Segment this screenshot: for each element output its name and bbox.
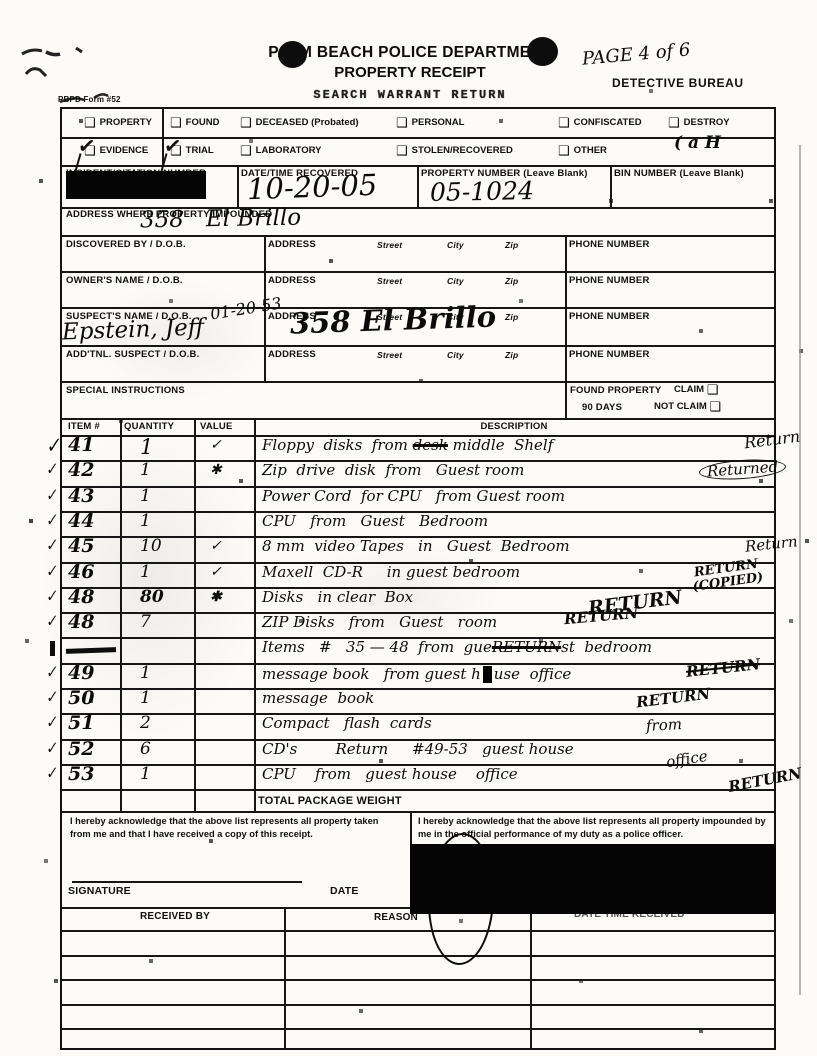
item-quantity: 1 xyxy=(140,488,151,505)
item-description: Power Cord for CPU from Guest room xyxy=(262,489,565,504)
redaction-box xyxy=(410,844,776,914)
other-checkbox: ❑OTHER xyxy=(558,145,607,158)
item-value-mark: ✓ xyxy=(210,539,222,553)
item-description: CPU from Guest Bedroom xyxy=(262,514,488,529)
total-package-weight-label: TOTAL PACKAGE WEIGHT xyxy=(258,795,402,807)
pen-checkmark-icon: ✓ xyxy=(44,461,59,478)
form-number: PBPD Form #52 xyxy=(58,95,121,104)
item-description: 8 mm video Tapes in Guest Bedroom xyxy=(262,539,570,554)
found-property-days: 90 DAYS xyxy=(582,402,622,413)
zip-label: Zip xyxy=(505,276,518,286)
item-row: ✓ 48 7 ZIP Disks from Guest room RETURN xyxy=(62,612,774,637)
item-description: ZIP Disks from Guest room xyxy=(262,615,497,630)
checkbox-icon: ❑ xyxy=(396,116,408,131)
city-label: City xyxy=(447,350,464,360)
item-description: CPU from guest house office xyxy=(262,767,518,782)
item-value-mark: ✱ xyxy=(210,590,222,604)
pen-mark xyxy=(50,641,55,656)
value-col-header: VALUE xyxy=(200,421,233,432)
item-description: Zip drive disk from Guest room xyxy=(262,463,524,478)
pen-checkmark-icon: ✓ xyxy=(44,588,59,605)
pen-checkmark-icon: ✓ xyxy=(44,487,59,504)
item-number: 45 xyxy=(68,537,94,556)
item-description: Compact flash cards xyxy=(262,716,432,731)
item-value-mark: ✓ xyxy=(210,565,222,579)
checkbox-icon: ❑ xyxy=(668,116,680,131)
special-instructions-label: SPECIAL INSTRUCTIONS xyxy=(66,385,185,396)
item-number: 41 xyxy=(68,436,94,455)
address-label: ADDRESS xyxy=(268,275,316,286)
phone-number-label: PHONE NUMBER xyxy=(569,239,650,250)
bin-number-label: BIN NUMBER (Leave Blank) xyxy=(614,168,744,179)
personal-checkbox: ❑PERSONAL xyxy=(396,117,464,130)
item-value-mark: ✱ xyxy=(210,463,222,477)
zip-label: Zip xyxy=(505,312,518,322)
item-row: ✓ 51 2 Compact flash cards from xyxy=(62,713,774,738)
return-note: RETURN xyxy=(635,687,711,711)
street-label: Street xyxy=(377,276,402,286)
pen-checkmark-icon: ✓ xyxy=(43,436,63,458)
address-label: ADDRESS xyxy=(268,349,316,360)
checkbox-icon: ❑ xyxy=(170,116,182,131)
item-number: 43 xyxy=(68,487,94,506)
item-description: Disks in clear Box xyxy=(262,590,413,605)
item-number: 44 xyxy=(68,512,94,531)
checkbox-icon: ❑ xyxy=(240,116,252,131)
destroy-checkbox: ❑DESTROY xyxy=(668,117,730,130)
item-quantity: 1 xyxy=(140,665,151,682)
found-checkbox: ❑FOUND xyxy=(170,117,219,130)
found-property-label: FOUND PROPERTY xyxy=(570,385,661,396)
acknowledgment-left-text: I hereby acknowledge that the above list… xyxy=(70,815,398,841)
pen-checkmark-icon: ✓ xyxy=(44,512,59,529)
date-label: DATE xyxy=(330,885,359,897)
received-by-label: RECEIVED BY xyxy=(140,911,210,922)
checkbox-icon: ❑ xyxy=(396,144,408,159)
checkbox-icon: ❑ xyxy=(709,400,721,415)
item-col-header: ITEM # xyxy=(68,421,100,432)
checkbox-icon: ❑ xyxy=(84,116,96,131)
item-quantity: 1 xyxy=(140,564,151,581)
signature-label: SIGNATURE xyxy=(68,885,131,897)
item-quantity: 1 xyxy=(140,513,151,530)
pen-checkmark-icon: ✓ xyxy=(44,537,59,554)
item-number: 49 xyxy=(68,664,94,683)
confiscated-checkbox: ❑CONFISCATED xyxy=(558,117,642,130)
checkbox-icon: ❑ xyxy=(240,144,252,159)
item-quantity: 80 xyxy=(140,589,164,606)
item-quantity: 7 xyxy=(140,614,151,631)
item-number: 48 xyxy=(68,588,94,607)
ink-blob xyxy=(527,37,558,66)
return-note: Return xyxy=(745,534,799,554)
phone-number-label: PHONE NUMBER xyxy=(569,275,650,286)
return-note: RETURN xyxy=(727,766,803,795)
item-description: message book from guest huse office xyxy=(262,666,571,683)
address-impounded-value: 358 El Brillo xyxy=(140,207,301,233)
return-note: from xyxy=(646,717,683,734)
suspect-address-value: 358 El Brillo xyxy=(290,302,497,338)
zip-label: Zip xyxy=(505,240,518,250)
description-col-header: DESCRIPTION xyxy=(254,421,774,432)
item-description: Maxell CD-R in guest bedroom xyxy=(262,565,520,580)
item-row: ✓ 52 6 CD's Return #49-53 guest house of… xyxy=(62,739,774,764)
discovered-by-label: DISCOVERED BY / D.O.B. xyxy=(66,239,186,250)
item-number: 52 xyxy=(68,740,94,759)
scan-edge-line xyxy=(799,145,801,995)
suspect-name-value: Epstein, Jeff xyxy=(62,317,205,345)
quantity-col-header: QUANTITY xyxy=(124,421,174,432)
item-quantity: 1 xyxy=(140,462,151,479)
item-quantity: 2 xyxy=(140,715,151,732)
checkbox-icon: ❑ xyxy=(558,116,570,131)
phone-number-label: PHONE NUMBER xyxy=(569,311,650,322)
pen-checkmark-icon: ✓ xyxy=(44,714,59,731)
item-row: ✓ 46 1 ✓ Maxell CD-R in guest bedroom RE… xyxy=(62,562,774,587)
item-row: ✓ 53 1 CPU from guest house office RETUR… xyxy=(62,764,774,789)
street-label: Street xyxy=(377,240,402,250)
address-label: ADDRESS xyxy=(268,239,316,250)
item-description: Items # 35 — 48 from gueRETURNst bedroom xyxy=(262,640,652,655)
item-quantity: 6 xyxy=(140,741,151,758)
item-description: message book xyxy=(262,691,374,706)
pen-checkmark-icon: ✓ xyxy=(44,563,59,580)
street-label: Street xyxy=(377,350,402,360)
pen-checkmark-icon: ✓ xyxy=(44,740,59,757)
item-quantity: 10 xyxy=(140,538,162,555)
checkbox-icon: ❑ xyxy=(558,144,570,159)
pen-checkmark-icon: ✓ xyxy=(44,613,59,630)
scan-noise-specks xyxy=(0,0,2,2)
datetime-recovered-value: 10-20-05 xyxy=(247,171,378,205)
return-note: Returned xyxy=(698,457,786,482)
stolen-recovered-checkbox: ❑STOLEN/RECOVERED xyxy=(396,145,513,158)
item-value-mark: ✓ xyxy=(210,438,222,452)
pen-checkmark-icon: ✓ xyxy=(44,689,59,706)
return-note: Return xyxy=(743,429,801,452)
scanned-property-receipt-page: PALM BEACH POLICE DEPARTMENT PROPERTY RE… xyxy=(0,0,817,1056)
item-row: ✓ 49 1 message book from guest huse offi… xyxy=(62,663,774,688)
page-number-note: PAGE 4 of 6 xyxy=(581,41,691,68)
signature-line xyxy=(72,881,302,883)
additional-suspect-label: ADD'TNL. SUSPECT / D.O.B. xyxy=(66,349,199,360)
warrant-subtitle: SEARCH WARRANT RETURN xyxy=(245,88,575,102)
zip-label: Zip xyxy=(505,350,518,360)
claim-checkbox: CLAIM ❑ xyxy=(674,384,722,397)
city-label: City xyxy=(447,240,464,250)
item-quantity: 1 xyxy=(140,690,151,707)
item-row-crossed-out: Items # 35 — 48 from gueRETURNst bedroom xyxy=(62,637,774,662)
property-number-value: 05-1024 xyxy=(430,178,534,205)
item-description: CD's Return #49-53 guest house xyxy=(262,742,574,757)
item-row: ✓ 41 1 ✓ Floppy disks from desk middle S… xyxy=(62,435,774,460)
city-label: City xyxy=(447,276,464,286)
item-row: ✓ 45 10 ✓ 8 mm video Tapes in Guest Bedr… xyxy=(62,536,774,561)
pen-checkmark-icon: ✓ xyxy=(44,664,59,681)
laboratory-checkbox: ❑LABORATORY xyxy=(240,145,321,158)
detective-bureau-label: DETECTIVE BUREAU xyxy=(612,76,744,90)
item-row: ✓ 43 1 Power Cord for CPU from Guest roo… xyxy=(62,486,774,511)
item-quantity: 1 xyxy=(140,766,151,783)
item-row: ✓ 42 1 ✱ Zip drive disk from Guest room … xyxy=(62,460,774,485)
owner-name-label: OWNER'S NAME / D.O.B. xyxy=(66,275,183,286)
redaction-box xyxy=(483,666,492,683)
item-number: 51 xyxy=(68,714,94,733)
not-claim-checkbox: NOT CLAIM ❑ xyxy=(654,401,725,414)
property-checkbox: ❑PROPERTY xyxy=(84,117,152,130)
item-number: 42 xyxy=(68,461,94,480)
property-receipt-form: ❑PROPERTY ❑FOUND ❑DECEASED (Probated) ❑P… xyxy=(60,107,776,1050)
item-row: ✓ 44 1 CPU from Guest Bedroom xyxy=(62,511,774,536)
item-row: ✓ 50 1 message book RETURN xyxy=(62,688,774,713)
item-number: 50 xyxy=(68,689,94,708)
item-number: 53 xyxy=(68,765,94,784)
item-quantity: 1 xyxy=(140,437,153,458)
item-number: 48 xyxy=(68,613,94,632)
item-number: 46 xyxy=(68,563,94,582)
strike-through-mark xyxy=(66,647,116,654)
checkbox-icon: ❑ xyxy=(707,383,719,398)
other-handwritten-note: ( a H xyxy=(674,135,721,152)
ink-blob xyxy=(278,41,307,68)
deceased-checkbox: ❑DECEASED (Probated) xyxy=(240,117,359,130)
phone-number-label: PHONE NUMBER xyxy=(569,349,650,360)
pen-checkmark-icon: ✓ xyxy=(44,765,59,782)
item-description: Floppy disks from desk middle Shelf xyxy=(262,438,553,453)
return-note: RETURN xyxy=(563,606,638,627)
redaction-box xyxy=(66,171,206,199)
item-row: ✓ 48 80 ✱ Disks in clear Box RETURN xyxy=(62,587,774,612)
